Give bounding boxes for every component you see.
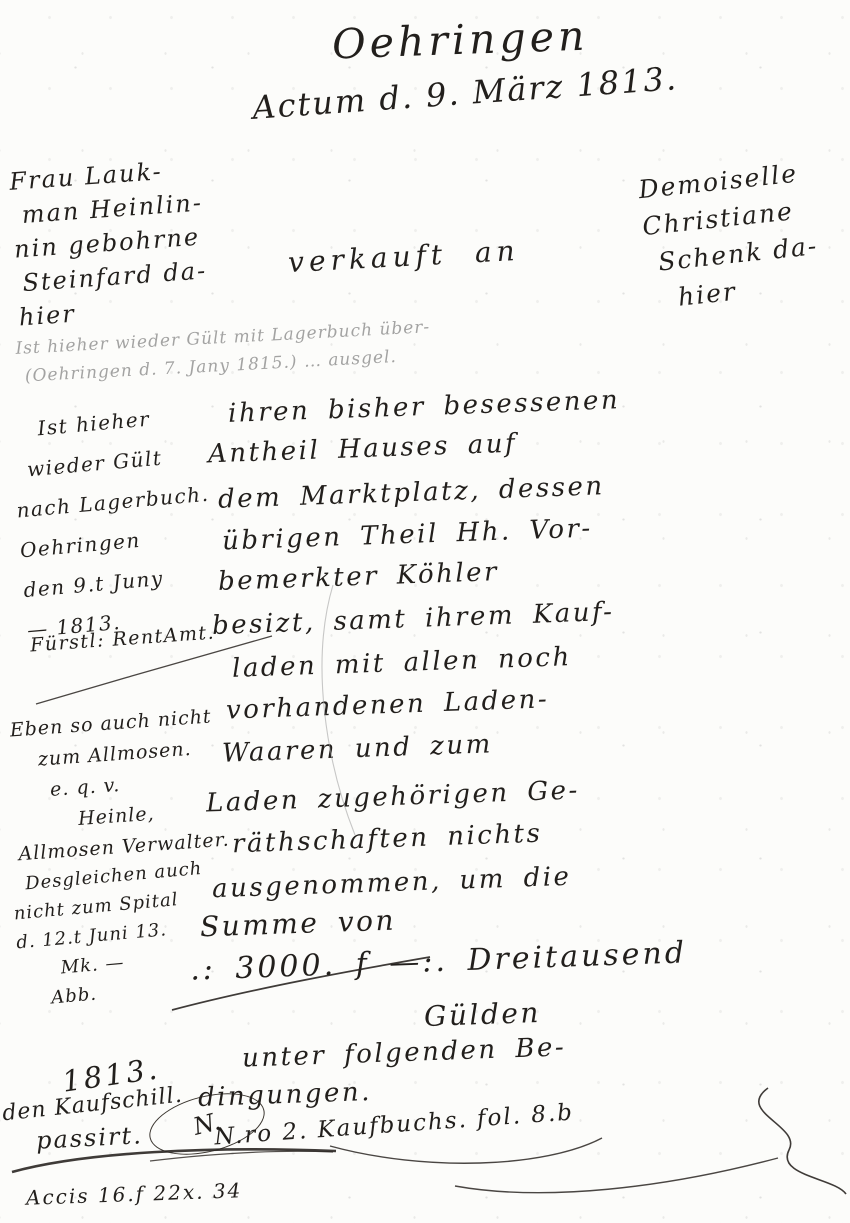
body-line: übrigen Theil Hh. Vor-: [222, 514, 594, 557]
body-line: besizt, samt ihrem Kauf-: [212, 597, 615, 641]
margin-note-allmosen: Eben so auch nicht zum Allmosen. e. q. v…: [9, 701, 231, 870]
accise-note: Accis 16.f 22x. 34: [26, 1178, 243, 1210]
body-line: laden mit allen noch: [232, 642, 573, 684]
right-s-flourish: [759, 1088, 846, 1194]
body-line: Laden zugehörigen Ge-: [206, 775, 581, 818]
dateline: Actum d. 9. März 1813.: [251, 59, 679, 127]
body-line: Summe von: [199, 904, 396, 944]
body-line: dingungen.: [198, 1077, 373, 1113]
body-line: Waaren und zum: [222, 729, 494, 768]
seller-name-note: Frau Lauk- man Heinlin- nin gebohrne Ste…: [8, 152, 211, 335]
buyer-name-note: Demoiselle Christiane Schenk da- hier: [637, 153, 824, 318]
body-line: bemerkter Köhler: [218, 557, 500, 597]
margin-note-spital: Desgleichen auch nicht zum Spital d. 12.…: [10, 854, 214, 1015]
body-line: dem Marktplatz, dessen: [218, 471, 605, 514]
body-line: ihren bisher besessenen: [228, 385, 621, 429]
registry-flourish-lower: [455, 1158, 778, 1193]
body-line: vorhandenen Laden-: [226, 684, 550, 725]
body-text: ihren bisher besessenen Antheil Hauses a…: [206, 392, 676, 1132]
body-line: Antheil Hauses auf: [208, 429, 518, 470]
body-line: ausgenommen, um die: [212, 862, 572, 905]
passirt-note: passirt.: [35, 1121, 143, 1155]
body-line-amount: .: 3000. f —:. Dreitausend: [190, 935, 688, 987]
manuscript-scan-page: Oehringen Actum d. 9. März 1813. Frau La…: [0, 0, 850, 1223]
registry-flourish-upper: [330, 1138, 602, 1163]
link-word-verkauft-an: verkauft an: [287, 234, 520, 279]
place-heading: Oehringen: [331, 12, 589, 69]
body-line: räthschaften nichts: [232, 819, 543, 860]
body-line: unter folgenden Be-: [242, 1032, 567, 1073]
body-line: Gülden: [423, 996, 541, 1033]
margin-note-gult: Ist hieher wieder Gült nach Lagerbuch. O…: [8, 394, 221, 650]
